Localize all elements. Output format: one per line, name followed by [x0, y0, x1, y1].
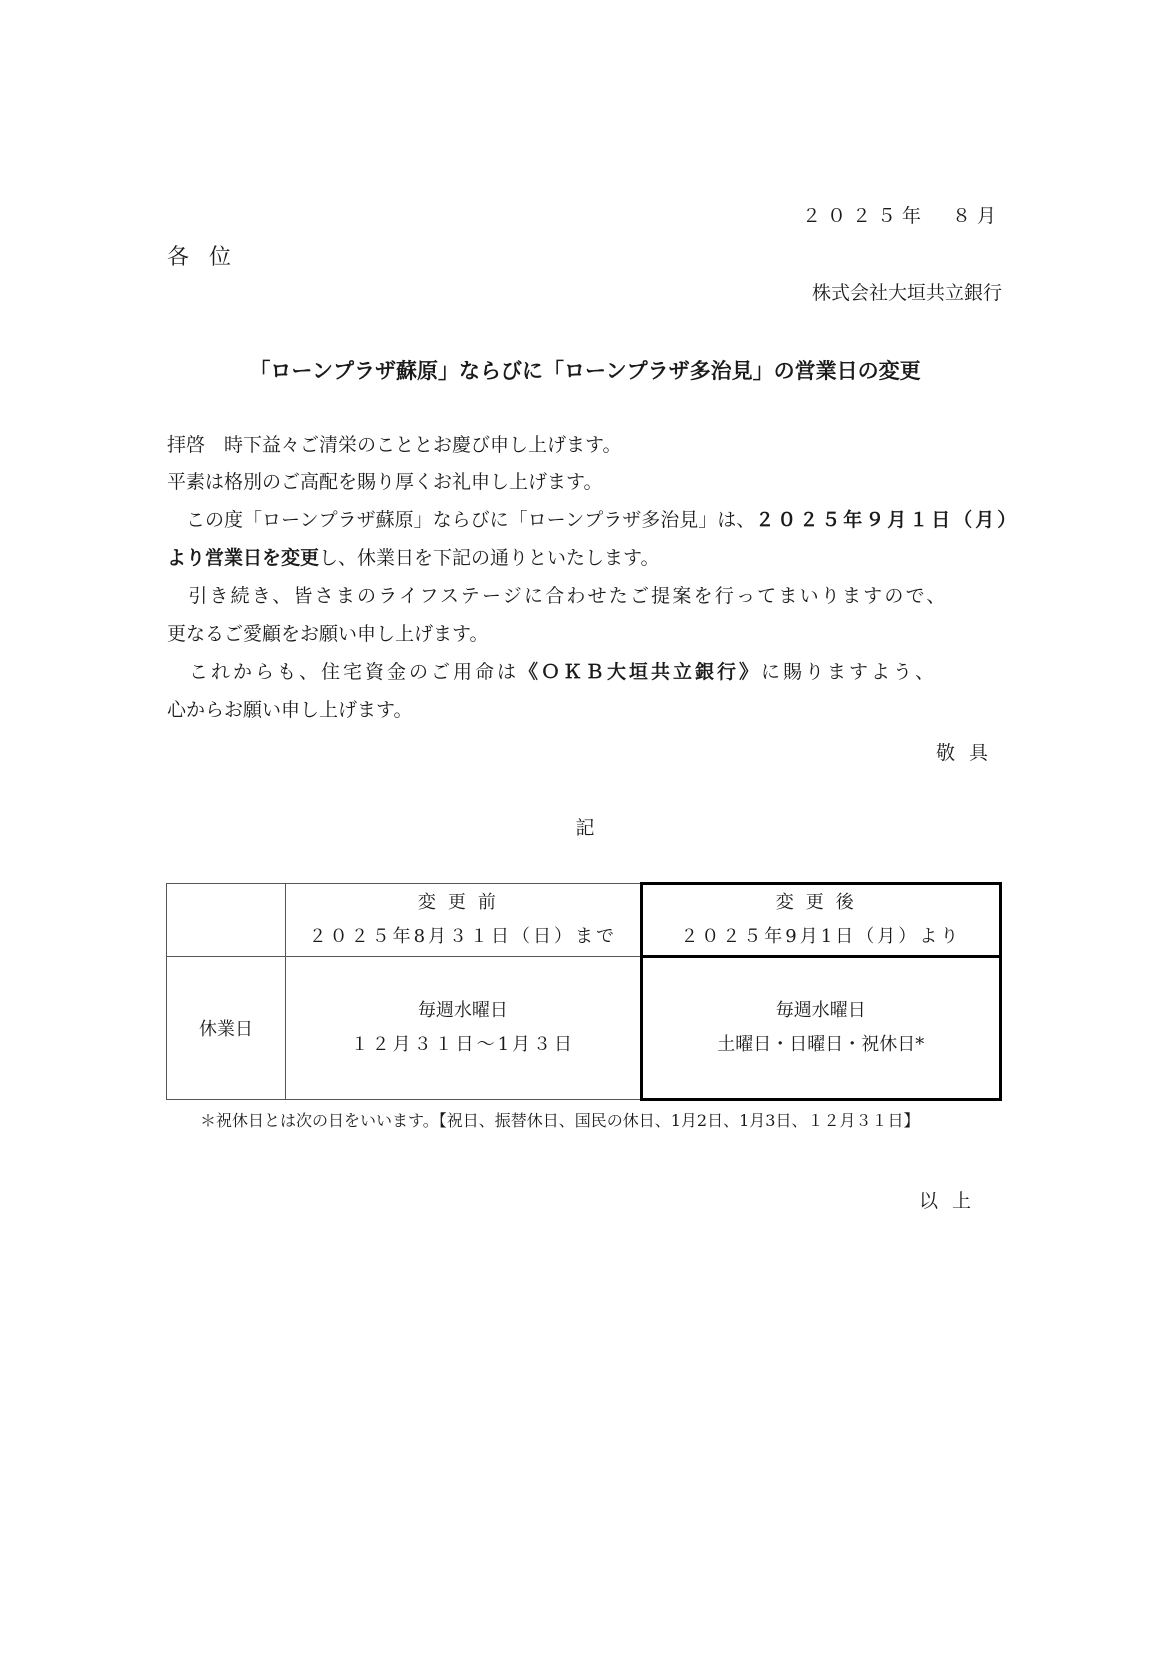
document-date: ２０２５年 ８月	[802, 201, 1002, 228]
greeting-line: 拝啓 時下益々ご清栄のこととお慶び申し上げます。	[167, 430, 621, 457]
schedule-table: 変更前 ２０２５年8月３１日（日）まで 変更後 ２０２５年9月1日（月）より 休…	[166, 882, 1002, 1101]
closing-keigu: 敬具	[936, 738, 1002, 765]
before-holidays-cell: 毎週水曜日 １２月３１日～1月３日	[286, 957, 641, 1100]
header-before-date: ２０２５年8月３１日（日）まで	[286, 920, 639, 954]
header-after-cell: 変更後 ２０２５年9月1日（月）より	[641, 884, 1000, 957]
after-holiday-1: 毎週水曜日	[643, 994, 999, 1028]
request-text-2: に賜りますよう、	[761, 661, 937, 683]
header-after-date: ２０２５年9月1日（月）より	[643, 920, 999, 954]
header-after-label: 変更後	[643, 886, 999, 920]
header-before-label: 変更前	[286, 886, 639, 920]
row-label-cell: 休業日	[167, 957, 286, 1100]
header-before-cell: 変更前 ２０２５年8月３１日（日）まで	[286, 884, 641, 957]
patronage-line: 更なるご愛顧をお願い申し上げます。	[167, 619, 488, 646]
before-holiday-2: １２月３１日～1月３日	[286, 1028, 639, 1062]
table-row: 休業日 毎週水曜日 １２月３１日～1月３日 毎週水曜日 土曜日・日曜日・祝休日*	[167, 957, 1001, 1100]
ki-heading: 記	[0, 813, 1170, 840]
sender-name: 株式会社大垣共立銀行	[812, 278, 1002, 305]
before-holiday-1: 毎週水曜日	[286, 994, 639, 1028]
announcement-text-2: し、休業日を下記の通りといたします。	[319, 547, 659, 569]
table-header-row: 変更前 ２０２５年8月３１日（日）まで 変更後 ２０２５年9月1日（月）より	[167, 884, 1001, 957]
end-mark: 以上	[919, 1186, 985, 1213]
header-empty-cell	[167, 884, 286, 957]
bank-name-bold: 《ＯＫＢ大垣共立銀行》	[519, 661, 761, 683]
announcement-line: この度「ローンプラザ蘇原」ならびに「ローンプラザ多治見」は、２０２５年９月１日（…	[167, 505, 1019, 532]
addressee: 各位	[167, 240, 251, 271]
row-label: 休業日	[199, 1019, 253, 1040]
after-holiday-2: 土曜日・日曜日・祝休日*	[643, 1028, 999, 1062]
holiday-footnote: ＊祝休日とは次の日をいいます。【祝日、振替休日、国民の休日、1月2日、1月3日、…	[200, 1108, 919, 1131]
document-title: 「ローンプラザ蘇原」ならびに「ローンプラザ多治見」の営業日の変更	[0, 355, 1170, 385]
announcement-line-2: より営業日を変更し、休業日を下記の通りといたします。	[167, 543, 660, 570]
request-line: これからも、住宅資金のご用命は《ＯＫＢ大垣共立銀行》に賜りますよう、	[167, 657, 937, 684]
request-line-2: 心からお願い申し上げます。	[167, 695, 412, 722]
gratitude-line: 平素は格別のご高配を賜り厚くお礼申し上げます。	[167, 467, 602, 494]
after-holidays-cell: 毎週水曜日 土曜日・日曜日・祝休日*	[641, 957, 1000, 1100]
continuation-line: 引き続き、皆さまのライフステージに合わせたご提案を行ってまいりますので、	[167, 581, 948, 608]
request-text: これからも、住宅資金のご用命は	[167, 661, 519, 683]
change-statement: より営業日を変更	[167, 547, 319, 569]
effective-date: ２０２５年９月１日（月）	[755, 509, 1019, 531]
announcement-text: この度「ローンプラザ蘇原」ならびに「ローンプラザ多治見」は、	[167, 509, 755, 531]
